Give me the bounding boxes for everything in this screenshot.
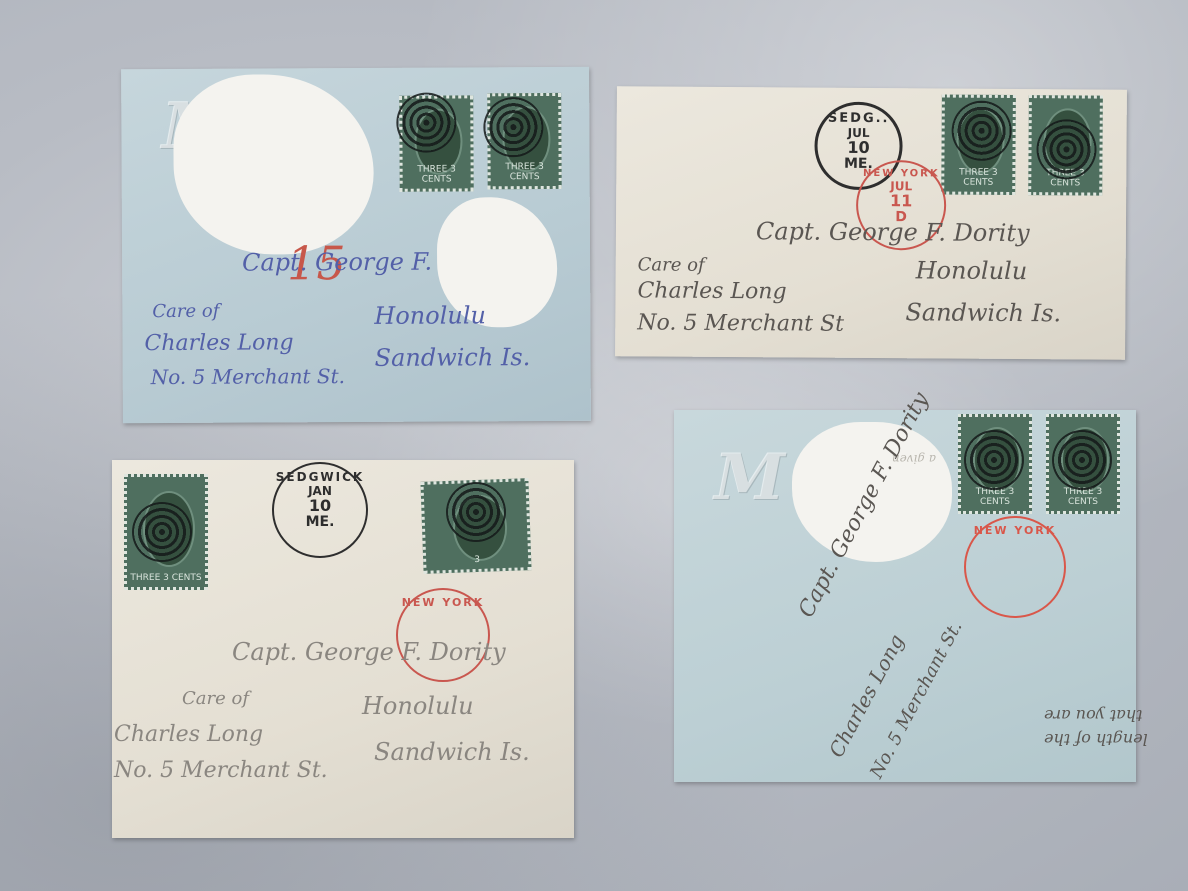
city: Honolulu	[374, 301, 486, 330]
care-of: Care of	[182, 688, 249, 709]
postmark-new-york: NEW YORK	[964, 516, 1066, 618]
addressee-name: Capt. George F. Dority	[232, 638, 506, 666]
city: Honolulu	[362, 692, 474, 720]
target-cancel	[951, 101, 1011, 161]
stamp-denomination: THREE 3 CENTS	[944, 168, 1012, 188]
care-name: Charles Long	[144, 330, 293, 356]
addressee-name: Capt. George F. Dority	[756, 217, 1030, 247]
target-cancel	[483, 97, 543, 157]
stamp-denomination: THREE 3 CENTS	[127, 573, 205, 583]
postmark-new-york: NEW YORK	[396, 588, 490, 682]
stamp-denomination: 3	[426, 553, 528, 567]
target-cancel	[1036, 119, 1096, 179]
region: Sandwich Is.	[375, 343, 531, 372]
postmark-sedgwick: SEDGWICK JAN 10 ME.	[272, 462, 368, 558]
stamp-denomination: THREE 3 CENTS	[491, 162, 559, 182]
addressee-name: Capt. George F.	[242, 248, 432, 277]
target-cancel	[1052, 430, 1112, 490]
target-cancel	[132, 502, 192, 562]
region: Sandwich Is.	[905, 298, 1061, 327]
care-name: Charles Long	[114, 722, 263, 747]
letter-fragment: that you are	[1044, 706, 1143, 725]
torn-area	[173, 74, 374, 255]
envelope-bottom-right: M a given THREE 3 CENTS THREE 3 CENTS NE…	[674, 410, 1136, 782]
city: Honolulu	[916, 256, 1028, 285]
care-of: Care of	[152, 301, 219, 322]
care-of: Care of	[638, 254, 705, 275]
stamp-denomination: THREE 3 CENTS	[403, 164, 471, 184]
target-cancel	[964, 430, 1024, 490]
envelope-bottom-left: THREE 3 CENTS 3 SEDGWICK JAN 10 ME. NEW …	[112, 460, 574, 838]
street: No. 5 Merchant St	[637, 310, 844, 336]
stamp-denomination: THREE 3 CENTS	[961, 487, 1029, 507]
embossed-monogram: M	[714, 440, 785, 515]
letter-fragment: length of the	[1044, 730, 1148, 749]
stamp-denomination: THREE 3 CENTS	[1049, 487, 1117, 507]
street: No. 5 Merchant St.	[114, 758, 328, 783]
street: No. 5 Merchant St.	[151, 364, 345, 389]
envelope-top-right: THREE 3 CENTS THREE 3 CENTS SEDG.. JUL 1…	[615, 86, 1127, 360]
region: Sandwich Is.	[374, 738, 530, 766]
envelope-top-left: M THREE 3 CENTS THREE 3 CENTS 15 Capt. G…	[121, 67, 591, 423]
target-cancel	[446, 482, 506, 542]
care-name: Charles Long	[637, 278, 786, 304]
target-cancel	[396, 92, 456, 152]
